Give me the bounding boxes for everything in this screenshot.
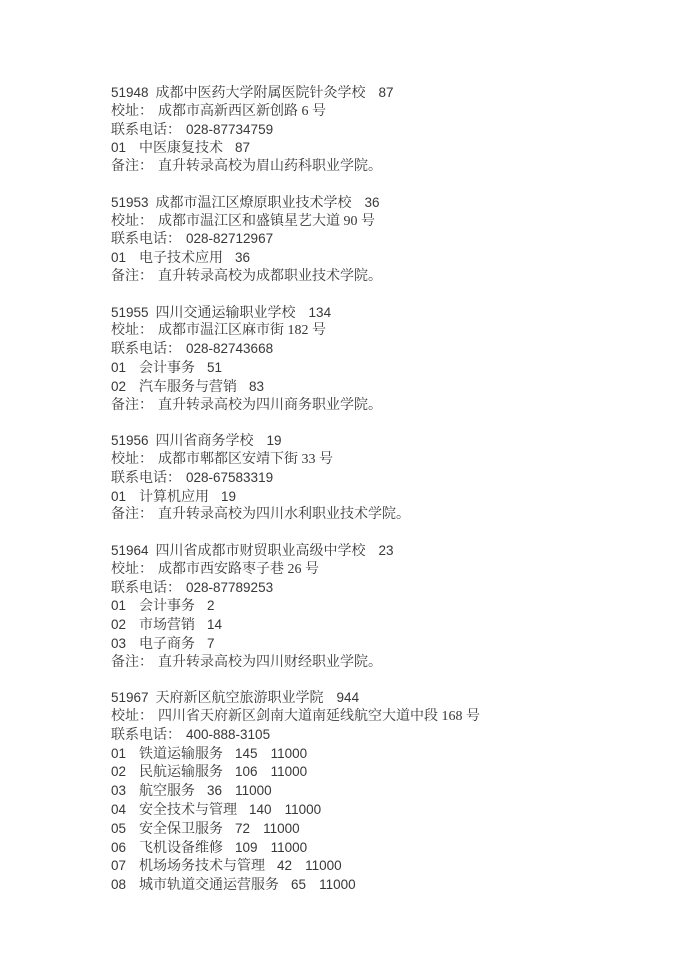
school-code: 51955 — [111, 305, 149, 320]
program-fee: 11000 — [285, 802, 322, 817]
school-address-line: 校址：成都市温江区和盛镇星艺大道 90 号 — [111, 213, 650, 231]
program-count: 36 — [207, 783, 222, 798]
program-count: 42 — [277, 858, 292, 873]
program-count: 72 — [235, 821, 250, 836]
school-note-line: 备注：直升转录高校为四川财经职业学院。 — [111, 654, 650, 672]
program-row: 03电子商务7 — [111, 635, 650, 654]
program-name: 中医康复技术 — [139, 141, 223, 156]
program-name: 会计事务 — [139, 599, 195, 614]
program-number: 07 — [111, 858, 126, 873]
school-total-count: 944 — [337, 690, 360, 705]
address-value: 成都市温江区麻市街 182 号 — [158, 323, 326, 338]
program-row: 02市场营销14 — [111, 616, 650, 635]
school-block: 51967天府新区航空旅游职业学院944 校址：四川省天府新区剑南大道南延线航空… — [111, 689, 650, 895]
phone-label: 联系电话： — [111, 123, 181, 138]
program-row: 02汽车服务与营销83 — [111, 378, 650, 397]
program-count: 87 — [235, 140, 250, 155]
school-phone-line: 联系电话：028-87789253 — [111, 579, 650, 598]
school-address-line: 校址：四川省天府新区剑南大道南延线航空大道中段 168 号 — [111, 708, 650, 726]
program-row: 02民航运输服务10611000 — [111, 763, 650, 782]
program-list: 01电子技术应用36 — [111, 249, 650, 268]
program-row: 06飞机设备维修10911000 — [111, 839, 650, 858]
program-number: 02 — [111, 764, 126, 779]
school-header-line: 51956四川省商务学校19 — [111, 432, 650, 451]
school-code: 51964 — [111, 543, 149, 558]
school-total-count: 87 — [379, 85, 394, 100]
program-number: 02 — [111, 379, 126, 394]
note-value: 直升转录高校为四川商务职业学院。 — [158, 398, 382, 413]
program-list: 01会计事务2 02市场营销14 03电子商务7 — [111, 597, 650, 653]
program-row: 01会计事务51 — [111, 359, 650, 378]
phone-value: 400-888-3105 — [186, 727, 270, 742]
school-total-count: 134 — [309, 305, 332, 320]
program-number: 01 — [111, 489, 126, 504]
school-note-line: 备注：直升转录高校为四川水利职业技术学院。 — [111, 506, 650, 524]
school-block: 51964四川省成都市财贸职业高级中学校23 校址：成都市西安路枣子巷 26 号… — [111, 542, 650, 672]
program-number: 01 — [111, 598, 126, 613]
program-row: 01计算机应用19 — [111, 488, 650, 507]
program-count: 14 — [207, 617, 222, 632]
program-name: 城市轨道交通运营服务 — [139, 878, 279, 893]
note-label: 备注： — [111, 269, 153, 284]
program-fee: 11000 — [271, 746, 308, 761]
school-header-line: 51948成都中医药大学附属医院针灸学校87 — [111, 84, 650, 103]
phone-value: 028-87789253 — [186, 580, 273, 595]
school-header-line: 51953成都市温江区燎原职业技术学校36 — [111, 194, 650, 213]
program-number: 01 — [111, 746, 126, 761]
school-code: 51956 — [111, 433, 149, 448]
phone-value: 028-87734759 — [186, 122, 273, 137]
program-count: 2 — [207, 598, 215, 613]
program-number: 08 — [111, 877, 126, 892]
program-row: 05安全保卫服务7211000 — [111, 820, 650, 839]
note-value: 直升转录高校为成都职业技术学院。 — [158, 269, 382, 284]
phone-value: 028-82743668 — [186, 341, 273, 356]
note-value: 直升转录高校为四川水利职业技术学院。 — [158, 507, 410, 522]
program-name: 安全技术与管理 — [139, 803, 237, 818]
program-list: 01会计事务51 02汽车服务与营销83 — [111, 359, 650, 397]
program-name: 电子技术应用 — [139, 251, 223, 266]
address-value: 成都市温江区和盛镇星艺大道 90 号 — [158, 214, 375, 229]
school-name: 四川省成都市财贸职业高级中学校 — [156, 544, 366, 559]
program-count: 36 — [235, 250, 250, 265]
school-phone-line: 联系电话：028-87734759 — [111, 121, 650, 140]
school-phone-line: 联系电话：028-67583319 — [111, 469, 650, 488]
program-number: 03 — [111, 636, 126, 651]
school-address-line: 校址：成都市郫都区安靖下街 33 号 — [111, 451, 650, 469]
program-name: 民航运输服务 — [139, 765, 223, 780]
school-block: 51948成都中医药大学附属医院针灸学校87 校址：成都市高新西区新创路 6 号… — [111, 84, 650, 176]
address-value: 四川省天府新区剑南大道南延线航空大道中段 168 号 — [158, 709, 480, 724]
program-number: 05 — [111, 821, 126, 836]
phone-label: 联系电话： — [111, 342, 181, 357]
address-label: 校址： — [111, 104, 153, 119]
phone-label: 联系电话： — [111, 581, 181, 596]
school-name: 四川交通运输职业学校 — [156, 306, 296, 321]
school-name: 四川省商务学校 — [156, 434, 254, 449]
program-row: 01会计事务2 — [111, 597, 650, 616]
phone-value: 028-67583319 — [186, 470, 273, 485]
note-label: 备注： — [111, 159, 153, 174]
program-list: 01铁道运输服务14511000 02民航运输服务10611000 03航空服务… — [111, 745, 650, 895]
school-note-line: 备注：直升转录高校为成都职业技术学院。 — [111, 268, 650, 286]
program-name: 机场场务技术与管理 — [139, 859, 265, 874]
program-number: 01 — [111, 140, 126, 155]
program-fee: 11000 — [271, 764, 308, 779]
program-count: 19 — [221, 489, 236, 504]
program-count: 145 — [235, 746, 258, 761]
school-note-line: 备注：直升转录高校为眉山药科职业学院。 — [111, 158, 650, 176]
school-total-count: 36 — [365, 195, 380, 210]
program-list: 01计算机应用19 — [111, 488, 650, 507]
school-header-line: 51964四川省成都市财贸职业高级中学校23 — [111, 542, 650, 561]
school-name: 成都市温江区燎原职业技术学校 — [156, 196, 352, 211]
school-header-line: 51967天府新区航空旅游职业学院944 — [111, 689, 650, 708]
program-row: 01中医康复技术87 — [111, 139, 650, 158]
program-name: 飞机设备维修 — [139, 841, 223, 856]
program-name: 铁道运输服务 — [139, 747, 223, 762]
school-block: 51955四川交通运输职业学校134 校址：成都市温江区麻市街 182 号 联系… — [111, 304, 650, 415]
program-fee: 11000 — [235, 783, 272, 798]
program-name: 安全保卫服务 — [139, 822, 223, 837]
program-row: 03航空服务3611000 — [111, 782, 650, 801]
program-name: 汽车服务与营销 — [139, 380, 237, 395]
address-label: 校址： — [111, 214, 153, 229]
program-name: 会计事务 — [139, 361, 195, 376]
program-number: 03 — [111, 783, 126, 798]
document-page: 51948成都中医药大学附属医院针灸学校87 校址：成都市高新西区新创路 6 号… — [0, 0, 680, 961]
program-row: 01电子技术应用36 — [111, 249, 650, 268]
school-note-line: 备注：直升转录高校为四川商务职业学院。 — [111, 397, 650, 415]
school-code: 51948 — [111, 85, 149, 100]
school-phone-line: 联系电话：028-82712967 — [111, 230, 650, 249]
program-row: 01铁道运输服务14511000 — [111, 745, 650, 764]
note-label: 备注： — [111, 655, 153, 670]
school-code: 51967 — [111, 690, 149, 705]
school-total-count: 19 — [267, 433, 282, 448]
phone-label: 联系电话： — [111, 471, 181, 486]
school-name: 天府新区航空旅游职业学院 — [156, 691, 324, 706]
school-phone-line: 联系电话：400-888-3105 — [111, 726, 650, 745]
program-count: 140 — [249, 802, 272, 817]
address-label: 校址： — [111, 452, 153, 467]
program-number: 01 — [111, 250, 126, 265]
school-name: 成都中医药大学附属医院针灸学校 — [156, 86, 366, 101]
address-label: 校址： — [111, 562, 153, 577]
phone-value: 028-82712967 — [186, 231, 273, 246]
address-value: 成都市郫都区安靖下街 33 号 — [158, 452, 333, 467]
address-value: 成都市西安路枣子巷 26 号 — [158, 562, 319, 577]
program-count: 106 — [235, 764, 258, 779]
note-label: 备注： — [111, 398, 153, 413]
program-fee: 11000 — [319, 877, 356, 892]
program-name: 市场营销 — [139, 618, 195, 633]
program-count: 7 — [207, 636, 215, 651]
school-address-line: 校址：成都市高新西区新创路 6 号 — [111, 103, 650, 121]
school-block: 51956四川省商务学校19 校址：成都市郫都区安靖下街 33 号 联系电话：0… — [111, 432, 650, 524]
phone-label: 联系电话： — [111, 232, 181, 247]
note-value: 直升转录高校为四川财经职业学院。 — [158, 655, 382, 670]
program-row: 07机场场务技术与管理4211000 — [111, 857, 650, 876]
school-address-line: 校址：成都市温江区麻市街 182 号 — [111, 322, 650, 340]
school-phone-line: 联系电话：028-82743668 — [111, 340, 650, 359]
program-count: 109 — [235, 840, 258, 855]
address-label: 校址： — [111, 709, 153, 724]
note-label: 备注： — [111, 507, 153, 522]
program-number: 06 — [111, 840, 126, 855]
program-count: 83 — [249, 379, 264, 394]
program-name: 电子商务 — [139, 637, 195, 652]
program-fee: 11000 — [271, 840, 308, 855]
program-row: 08城市轨道交通运营服务6511000 — [111, 876, 650, 895]
school-code: 51953 — [111, 195, 149, 210]
program-name: 航空服务 — [139, 784, 195, 799]
address-label: 校址： — [111, 323, 153, 338]
program-count: 65 — [291, 877, 306, 892]
program-fee: 11000 — [263, 821, 300, 836]
school-header-line: 51955四川交通运输职业学校134 — [111, 304, 650, 323]
school-address-line: 校址：成都市西安路枣子巷 26 号 — [111, 561, 650, 579]
program-count: 51 — [207, 360, 222, 375]
program-row: 04安全技术与管理14011000 — [111, 801, 650, 820]
program-number: 02 — [111, 617, 126, 632]
school-total-count: 23 — [379, 543, 394, 558]
address-value: 成都市高新西区新创路 6 号 — [158, 104, 326, 119]
note-value: 直升转录高校为眉山药科职业学院。 — [158, 159, 382, 174]
program-fee: 11000 — [305, 858, 342, 873]
program-number: 04 — [111, 802, 126, 817]
school-block: 51953成都市温江区燎原职业技术学校36 校址：成都市温江区和盛镇星艺大道 9… — [111, 194, 650, 286]
program-name: 计算机应用 — [139, 490, 209, 505]
program-list: 01中医康复技术87 — [111, 139, 650, 158]
phone-label: 联系电话： — [111, 728, 181, 743]
program-number: 01 — [111, 360, 126, 375]
